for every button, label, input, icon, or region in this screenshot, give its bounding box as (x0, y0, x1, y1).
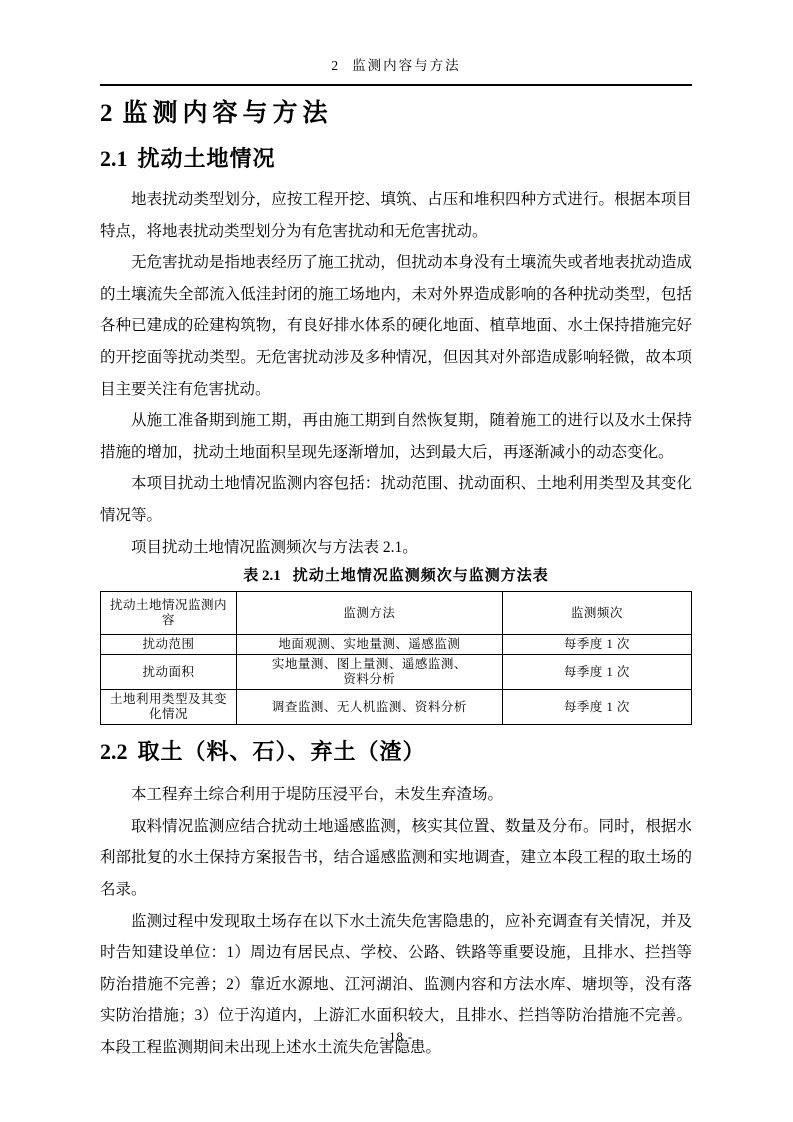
table-header-frequency: 监测频次 (502, 592, 691, 635)
paragraph: 地表扰动类型划分，应按工程开挖、填筑、占压和堆积四种方式进行。根据本项目特点，将… (100, 184, 692, 247)
table-caption-label: 表 2.1 (243, 568, 281, 584)
page-header-chapter-number: 2 (331, 58, 338, 73)
section-2-1-number: 2.1 (100, 146, 128, 171)
paragraph: 项目扰动土地情况监测频次与方法表 2.1。 (100, 532, 692, 564)
table-cell-frequency: 每季度 1 次 (502, 635, 691, 655)
paragraph: 从施工准备期到施工期，再由施工期到自然恢复期，随着施工的进行以及水土保持措施的增… (100, 405, 692, 468)
section-2-2-body: 本工程弃土综合利用于堤防压浸平台，未发生弃渣场。 取料情况监测应结合扰动土地遥感… (100, 779, 692, 1063)
page-header-title: 监测内容与方法 (352, 58, 461, 73)
table-header-content: 扰动土地情况监测内容 (101, 592, 237, 635)
table-caption: 表 2.1扰动土地情况监测频次与监测方法表 (100, 566, 692, 587)
chapter-title: 监测内容与方法 (123, 99, 333, 127)
paragraph: 本项目扰动土地情况监测内容包括：扰动范围、扰动面积、土地利用类型及其变化情况等。 (100, 468, 692, 531)
table-cell-content: 扰动面积 (101, 655, 237, 690)
document-page: 2监测内容与方法 2监测内容与方法 2.1扰动土地情况 地表扰动类型划分，应按工… (0, 0, 793, 1122)
table-header-row: 扰动土地情况监测内容 监测方法 监测频次 (101, 592, 692, 635)
paragraph: 无危害扰动是指地表经历了施工扰动，但扰动本身没有土壤流失或者地表扰动造成的土壤流… (100, 247, 692, 405)
page-number: - 18 - (0, 1029, 793, 1045)
paragraph: 取料情况监测应结合扰动土地遥感监测，核实其位置、数量及分布。同时，根据水利部批复… (100, 811, 692, 906)
table-cell-frequency: 每季度 1 次 (502, 655, 691, 690)
table-cell-method: 实地量测、图上量测、遥感监测、 资料分析 (236, 655, 502, 690)
table-cell-frequency: 每季度 1 次 (502, 690, 691, 725)
table-caption-title: 扰动土地情况监测频次与监测方法表 (293, 568, 549, 584)
monitoring-table: 扰动土地情况监测内容 监测方法 监测频次 扰动范围 地面观测、实地量测、遥感监测… (100, 591, 692, 725)
table-cell-method: 调查监测、无人机监测、资料分析 (236, 690, 502, 725)
table-header-method: 监测方法 (236, 592, 502, 635)
section-2-1-body: 地表扰动类型划分，应按工程开挖、填筑、占压和堆积四种方式进行。根据本项目特点，将… (100, 184, 692, 563)
table-cell-content: 扰动范围 (101, 635, 237, 655)
table-row: 扰动范围 地面观测、实地量测、遥感监测 每季度 1 次 (101, 635, 692, 655)
section-heading-2-2: 2.2取土（料、石）、弃土（渣） (100, 739, 692, 765)
section-2-1-title: 扰动土地情况 (138, 146, 276, 171)
table-row: 土地利用类型及其变化情况 调查监测、无人机监测、资料分析 每季度 1 次 (101, 690, 692, 725)
chapter-number: 2 (100, 100, 113, 127)
paragraph: 本工程弃土综合利用于堤防压浸平台，未发生弃渣场。 (100, 779, 692, 811)
section-2-2-number: 2.2 (100, 739, 128, 764)
section-heading-2-1: 2.1扰动土地情况 (100, 146, 692, 172)
table-cell-content: 土地利用类型及其变化情况 (101, 690, 237, 725)
table-row: 扰动面积 实地量测、图上量测、遥感监测、 资料分析 每季度 1 次 (101, 655, 692, 690)
chapter-heading: 2监测内容与方法 (100, 99, 692, 128)
section-2-2-title: 取土（料、石）、弃土（渣） (138, 739, 426, 764)
page-header: 2监测内容与方法 (100, 0, 692, 86)
table-cell-method: 地面观测、实地量测、遥感监测 (236, 635, 502, 655)
